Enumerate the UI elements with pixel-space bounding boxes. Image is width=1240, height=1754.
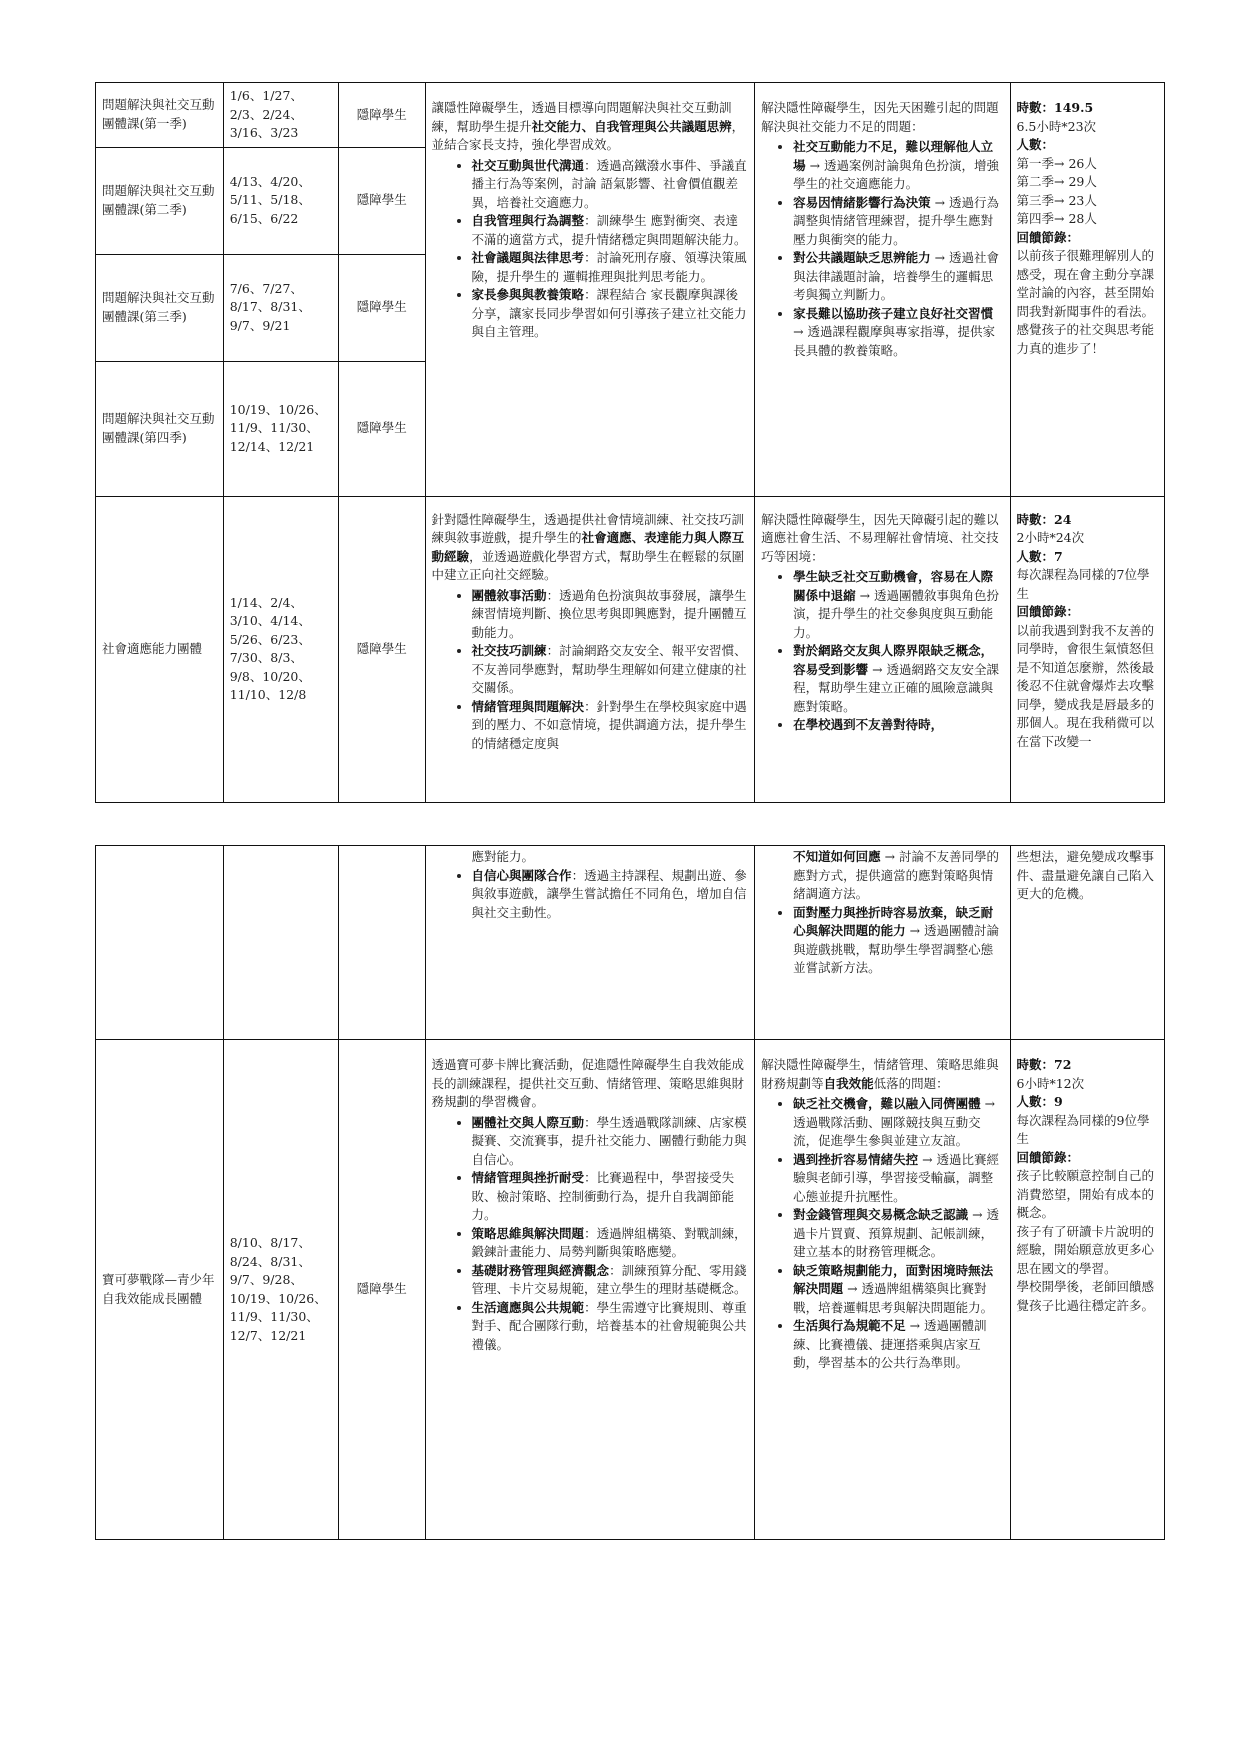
course-content: 針對隱性障礙學生，透過提供社會情境訓練、社交技巧訓練與敘事遊戲，提升學生的社會適… <box>425 496 755 802</box>
list-item: 團體敘事活動：透過角色扮演與故事發展，讓學生練習情境判斷、換位思考與即興應對，提… <box>472 587 749 643</box>
list-item: 生活與行為規範不足 → 透過團體訓練、比賽禮儀、捷運搭乘與店家互動，學習基本的公… <box>793 1317 1003 1373</box>
season-count: 第一季→ 26人 <box>1017 155 1159 174</box>
problem-continued-title: 不知道如何回應 <box>793 849 881 864</box>
course-name: 寶可夢戰隊—青少年自我效能成長團體 <box>96 1040 224 1540</box>
course-table-page1: 問題解決與社交互動團體課(第一季) 1/6、1/27、2/3、2/24、3/16… <box>95 82 1165 803</box>
course-dates: 1/6、1/27、2/3、2/24、3/16、3/23 <box>223 83 338 148</box>
season-count: 第三季→ 23人 <box>1017 192 1159 211</box>
problem-solved: 解決隱性障礙學生，因先天障礙引起的難以適應社會生活、不易理解社會情境、社交技巧等… <box>755 496 1010 802</box>
course-table-page2: 應對能力。 自信心與團隊合作：透過主持課程、規劃出遊、參與敘事遊戲，讓學生嘗試擔… <box>95 845 1165 1540</box>
content-intro: 透過寶可夢卡牌比賽活動，促進隱性障礙學生自我效能成長的訓練課程，提供社交互動、情… <box>432 1056 749 1112</box>
target-group: 隱障學生 <box>339 147 426 254</box>
list-item: 社交技巧訓練：討論網路交友安全、報平安習慣、不友善同學應對，幫助學生理解如何建立… <box>472 642 749 698</box>
target-group: 隱障學生 <box>339 361 426 496</box>
list-item: 缺乏社交機會，難以融入同儕團體 → 透過戰隊活動、團隊競技與互動交流，促進學生參… <box>793 1095 1003 1151</box>
people-label: 人數： <box>1017 137 1055 152</box>
problem-solved: 不知道如何回應 → 討論不友善同學的應對方式，提供適當的應對策略與情緒調適方法。… <box>755 846 1010 1040</box>
list-item: 情緒管理與挫折耐受：比賽過程中，學習接受失敗、檢討策略、控制衝動行為，提升自我調… <box>472 1169 749 1225</box>
problem-intro: 解決隱性障礙學生，因先天障礙引起的難以適應社會生活、不易理解社會情境、社交技巧等… <box>761 511 1003 567</box>
list-item: 對金錢管理與交易概念缺乏認識 → 透過卡片買賣、預算規劃、記帳訓練，建立基本的財… <box>793 1206 1003 1262</box>
course-name: 問題解決與社交互動團體課(第二季) <box>96 147 224 254</box>
list-item: 對公共議題缺乏思辨能力 → 透過社會與法律議題討論，培養學生的邏輯思考與獨立判斷… <box>793 249 1003 305</box>
course-stats: 時數：149.5 6.5小時*23次 人數： 第一季→ 26人 第二季→ 29人… <box>1010 83 1165 497</box>
target-group-empty <box>339 846 426 1040</box>
feedback-label: 回饋節錄： <box>1017 1150 1080 1165</box>
feedback-label: 回饋節錄： <box>1017 604 1080 619</box>
feedback-text: 孩子比較願意控制自己的消費慾望，開始有成本的概念。 <box>1017 1167 1159 1223</box>
list-item: 面對壓力與挫折時容易放棄，缺乏耐心與解決問題的能力 → 透過團體討論與遊戲挑戰，… <box>793 904 1003 978</box>
problem-intro-end: 低落的問題： <box>874 1076 949 1091</box>
problem-intro: 解決隱性障礙學生，因先天困難引起的問題解決與社交能力不足的問題： <box>761 99 1003 136</box>
problem-bullets: 學生缺乏社交互動機會，容易在人際關係中退縮 → 透過團體敘事與角色扮演，提升學生… <box>761 568 1003 735</box>
course-name: 問題解決與社交互動團體課(第四季) <box>96 361 224 496</box>
target-group: 隱障學生 <box>339 496 426 802</box>
list-item: 家長參與與教養策略：課程結合 家長觀摩與課後分享，讓家長同步學習如何引導孩子建立… <box>472 286 749 342</box>
hours-label: 時數：149.5 <box>1017 100 1094 115</box>
list-item: 缺乏策略規劃能力，面對困境時無法解決問題 → 透過牌組構築與比賽對戰，培養邏輯思… <box>793 1262 1003 1318</box>
hours-label: 時數：72 <box>1017 1057 1072 1072</box>
course-dates: 7/6、7/27、8/17、8/31、9/7、9/21 <box>223 254 338 361</box>
course-content: 讓隱性障礙學生，透過目標導向問題解決與社交互動訓練，幫助學生提升社交能力、自我管… <box>425 83 755 497</box>
hours-detail: 2小時*24次 <box>1017 529 1159 548</box>
target-group: 隱障學生 <box>339 1040 426 1540</box>
list-item: 情緒管理與問題解決：針對學生在學校與家庭中遇到的壓力、不如意情境，提供調適方法，… <box>472 698 749 754</box>
course-name: 社會適應能力團體 <box>96 496 224 802</box>
content-bullets: 社交互動與世代溝通：透過高鐵潑水事件、爭議直播主行為等案例，討論 語氣影響、社會… <box>432 157 749 342</box>
problem-intro-bold: 自我效能 <box>824 1076 874 1091</box>
list-item: 策略思維與解決問題：透過牌組構築、對戰訓練，鍛鍊計畫能力、局勢判斷與策略應變。 <box>472 1225 749 1262</box>
course-name: 問題解決與社交互動團體課(第一季) <box>96 83 224 148</box>
table-row-continued: 應對能力。 自信心與團隊合作：透過主持課程、規劃出遊、參與敘事遊戲，讓學生嘗試擔… <box>96 846 1165 1040</box>
list-item: 學生缺乏社交互動機會，容易在人際關係中退縮 → 透過團體敘事與角色扮演，提升學生… <box>793 568 1003 642</box>
feedback-text: 以前我遇到對我不友善的同學時，會很生氣憤怒但是不知道怎麼辦，然後最後忍不住就會爆… <box>1017 622 1159 752</box>
list-item: 遇到挫折容易情緒失控 → 透過比賽經驗與老師引導，學習接受輸贏，調整心態並提升抗… <box>793 1151 1003 1207</box>
problem-bullets: 缺乏社交機會，難以融入同儕團體 → 透過戰隊活動、團隊競技與互動交流，促進學生參… <box>761 1095 1003 1373</box>
people-label: 人數：9 <box>1017 1094 1063 1109</box>
course-dates: 8/10、8/17、8/24、8/31、9/7、9/28、10/19、10/26… <box>223 1040 338 1540</box>
course-stats: 時數：24 2小時*24次 人數：7 每次課程為同樣的7位學生 回饋節錄： 以前… <box>1010 496 1165 802</box>
target-group: 隱障學生 <box>339 254 426 361</box>
people-detail: 每次課程為同樣的7位學生 <box>1017 566 1159 603</box>
feedback-text: 學校開學後，老師回饋感覺孩子比過往穩定許多。 <box>1017 1278 1159 1315</box>
hours-label: 時數：24 <box>1017 512 1072 527</box>
list-item: 生活適應與公共規範：學生需遵守比賽規則、尊重對手、配合團隊行動，培養基本的社會規… <box>472 1299 749 1355</box>
list-item: 對於網路交友與人際界限缺乏概念，容易受到影響 → 透過網路交友安全課程，幫助學生… <box>793 642 1003 716</box>
feedback-continued: 些想法，避免變成攻擊事件、盡量避免讓自己陷入更大的危機。 <box>1010 846 1165 1040</box>
season-count: 第二季→ 29人 <box>1017 173 1159 192</box>
list-item: 社會議題與法律思考：討論死刑存廢、領導決策風險，提升學生的 邏輯推理與批判思考能… <box>472 249 749 286</box>
course-content: 透過寶可夢卡牌比賽活動，促進隱性障礙學生自我效能成長的訓練課程，提供社交互動、情… <box>425 1040 755 1540</box>
table-row: 寶可夢戰隊—青少年自我效能成長團體 8/10、8/17、8/24、8/31、9/… <box>96 1040 1165 1540</box>
course-dates: 10/19、10/26、11/9、11/30、12/14、12/21 <box>223 361 338 496</box>
list-item: 基礎財務管理與經濟觀念：訓練預算分配、零用錢管理、卡片交易規範，建立學生的理財基… <box>472 1262 749 1299</box>
content-bullets: 自信心與團隊合作：透過主持課程、規劃出遊、參與敘事遊戲，讓學生嘗試擔任不同角色，… <box>432 867 749 923</box>
course-stats: 時數：72 6小時*12次 人數：9 每次課程為同樣的9位學生 回饋節錄： 孩子… <box>1010 1040 1165 1540</box>
content-intro-bold: 社交能力、自我管理與公共議題思辨 <box>532 119 732 134</box>
feedback-text: 以前孩子很難理解別人的感受，現在會主動分享課堂討論的內容，甚至開始問我對新聞事件… <box>1017 247 1159 358</box>
problem-solved: 解決隱性障礙學生，情緒管理、策略思維與財務規劃等自我效能低落的問題： 缺乏社交機… <box>755 1040 1010 1540</box>
list-item: 容易因情緒影響行為決策 → 透過行為調整與情緒管理練習，提升學生應對壓力與衝突的… <box>793 194 1003 250</box>
content-bullets: 團體敘事活動：透過角色扮演與故事發展，讓學生練習情境判斷、換位思考與即興應對，提… <box>432 587 749 754</box>
course-content: 應對能力。 自信心與團隊合作：透過主持課程、規劃出遊、參與敘事遊戲，讓學生嘗試擔… <box>425 846 755 1040</box>
table-row: 社會適應能力團體 1/14、2/4、3/10、4/14、5/26、6/23、7/… <box>96 496 1165 802</box>
content-continued: 應對能力。 <box>432 848 749 867</box>
list-item: 家長難以協助孩子建立良好社交習慣 → 透過課程觀摩與專家指導，提供家長具體的教養… <box>793 305 1003 361</box>
season-count: 第四季→ 28人 <box>1017 210 1159 229</box>
list-item: 社交互動與世代溝通：透過高鐵潑水事件、爭議直播主行為等案例，討論 語氣影響、社會… <box>472 157 749 213</box>
list-item: 社交互動能力不足，難以理解他人立場 → 透過案例討論與角色扮演，增強學生的社交適… <box>793 138 1003 194</box>
people-label: 人數：7 <box>1017 549 1063 564</box>
list-item: 在學校遇到不友善對待時， <box>793 716 1003 735</box>
course-name-empty <box>96 846 224 1040</box>
problem-bullets: 面對壓力與挫折時容易放棄，缺乏耐心與解決問題的能力 → 透過團體討論與遊戲挑戰，… <box>761 904 1003 978</box>
content-bullets: 團體社交與人際互動：學生透過戰隊訓練、店家模擬賽、交流賽事，提升社交能力、團體行… <box>432 1114 749 1355</box>
hours-detail: 6小時*12次 <box>1017 1075 1159 1094</box>
course-dates: 4/13、4/20、5/11、5/18、6/15、6/22 <box>223 147 338 254</box>
feedback-text: 孩子有了研讀卡片說明的經驗，開始願意放更多心思在國文的學習。 <box>1017 1223 1159 1279</box>
list-item: 自我管理與行為調整：訓練學生 應對衝突、表達不滿的適當方式，提升情緒穩定與問題解… <box>472 212 749 249</box>
table-row: 問題解決與社交互動團體課(第一季) 1/6、1/27、2/3、2/24、3/16… <box>96 83 1165 148</box>
course-dates-empty <box>223 846 338 1040</box>
problem-solved: 解決隱性障礙學生，因先天困難引起的問題解決與社交能力不足的問題： 社交互動能力不… <box>755 83 1010 497</box>
hours-detail: 6.5小時*23次 <box>1017 118 1159 137</box>
target-group: 隱障學生 <box>339 83 426 148</box>
list-item: 自信心與團隊合作：透過主持課程、規劃出遊、參與敘事遊戲，讓學生嘗試擔任不同角色，… <box>472 867 749 923</box>
list-item: 團體社交與人際互動：學生透過戰隊訓練、店家模擬賽、交流賽事，提升社交能力、團體行… <box>472 1114 749 1170</box>
course-name: 問題解決與社交互動團體課(第三季) <box>96 254 224 361</box>
feedback-label: 回饋節錄： <box>1017 230 1080 245</box>
content-intro-end: ，並透過遊戲化學習方式，幫助學生在輕鬆的氛圍中建立正向社交經驗。 <box>432 549 745 583</box>
problem-bullets: 社交互動能力不足，難以理解他人立場 → 透過案例討論與角色扮演，增強學生的社交適… <box>761 138 1003 360</box>
people-detail: 每次課程為同樣的9位學生 <box>1017 1112 1159 1149</box>
course-dates: 1/14、2/4、3/10、4/14、5/26、6/23、7/30、8/3、9/… <box>223 496 338 802</box>
